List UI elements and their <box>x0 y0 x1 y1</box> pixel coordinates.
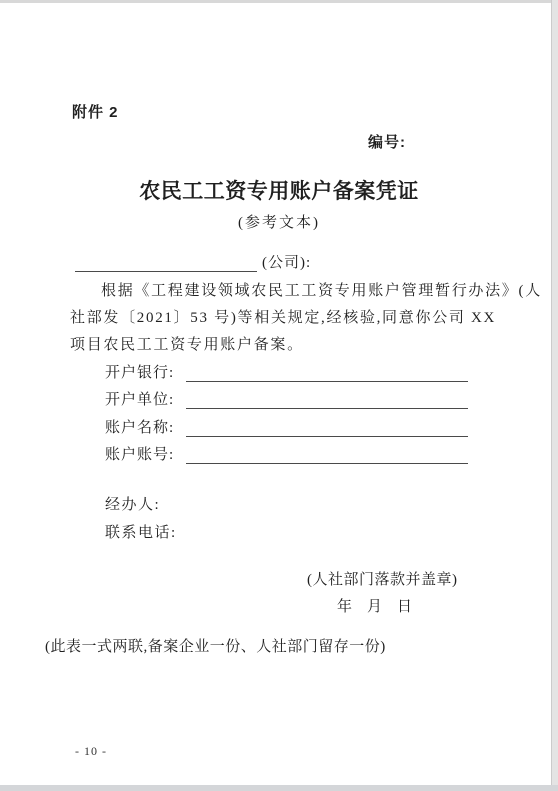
field-row-account-name: 账户名称: <box>105 416 468 437</box>
attachment-label: 附件 2 <box>72 101 119 122</box>
account-number-field-blank <box>186 446 468 464</box>
contact-phone-label: 联系电话: <box>105 521 177 542</box>
account-unit-field-label: 开户单位: <box>105 388 174 409</box>
body-paragraph-line-1: 根据《工程建设领域农民工工资专用账户管理暂行办法》(人 <box>70 282 510 300</box>
bank-field-blank <box>186 364 468 382</box>
body-paragraph-line-2: 社部发〔2021〕53 号)等相关规定,经核验,同意你公司 XX <box>70 309 510 327</box>
field-row-account-number: 账户账号: <box>105 443 468 464</box>
seal-note: (人社部门落款并盖章) <box>307 568 458 589</box>
handler-label: 经办人: <box>105 493 160 514</box>
company-line: (公司): <box>75 251 311 272</box>
field-row-account-unit: 开户单位: <box>105 388 468 409</box>
document-subtitle: (参考文本) <box>0 211 558 232</box>
bank-field-label: 开户银行: <box>105 361 174 382</box>
company-name-blank <box>75 255 257 272</box>
scan-edge-top <box>0 0 558 3</box>
document-page: 附件 2 编号: 农民工工资专用账户备案凭证 (参考文本) (公司): 根据《工… <box>0 0 558 791</box>
body-paragraph-line-3: 项目农民工工资专用账户备案。 <box>70 336 510 354</box>
page-number: - 10 - <box>75 744 107 759</box>
date-line: 年 月 日 <box>337 595 412 616</box>
company-suffix-label: (公司): <box>262 251 311 272</box>
account-name-field-blank <box>186 419 468 437</box>
scan-edge-bottom <box>0 785 558 791</box>
field-row-bank: 开户银行: <box>105 361 468 382</box>
document-number-label: 编号: <box>368 131 406 152</box>
account-number-field-label: 账户账号: <box>105 443 174 464</box>
account-name-field-label: 账户名称: <box>105 416 174 437</box>
scan-edge-right <box>551 0 558 791</box>
document-title: 农民工工资专用账户备案凭证 <box>0 175 558 205</box>
copy-distribution-note: (此表一式两联,备案企业一份、人社部门留存一份) <box>45 635 386 656</box>
account-unit-field-blank <box>186 391 468 409</box>
